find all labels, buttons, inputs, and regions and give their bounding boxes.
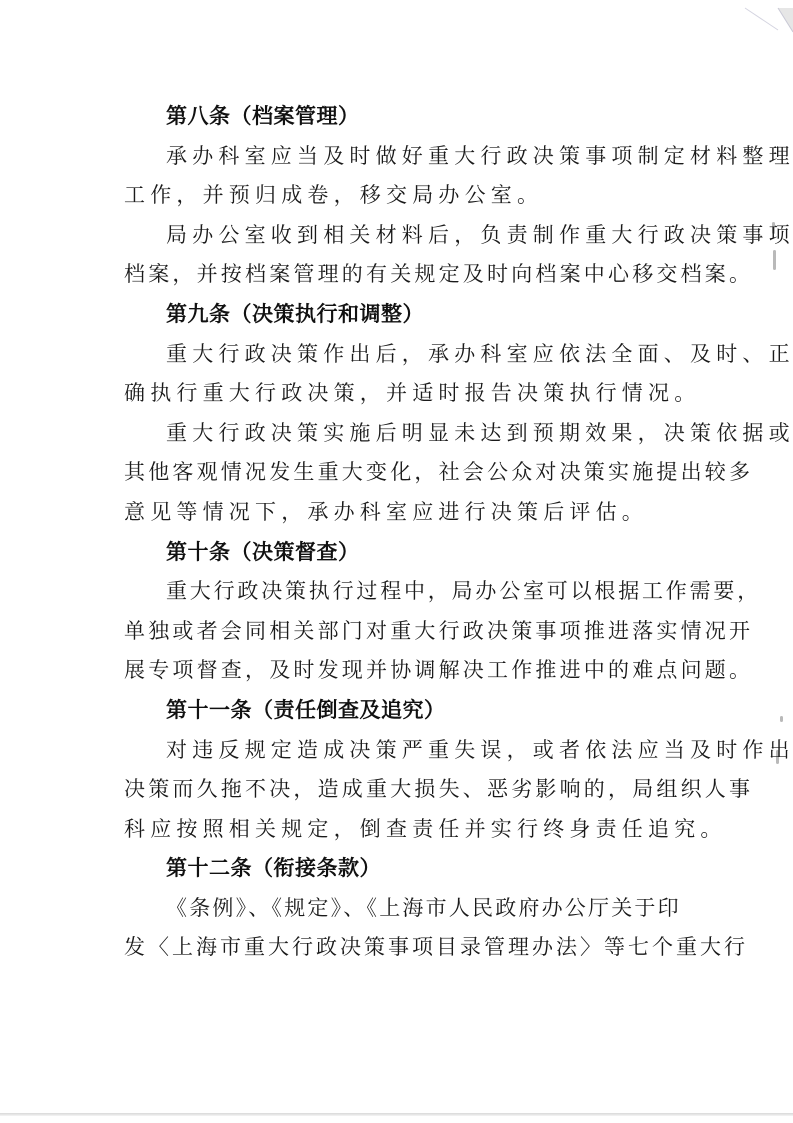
paragraph-line: 对违反规定造成决策严重失误，或者依法应当及时作出 — [124, 731, 684, 771]
paragraph-line: 承办科室应当及时做好重大行政决策事项制定材料整理 — [124, 137, 684, 177]
paragraph-line: 工作，并预归成卷，移交局办公室。 — [124, 176, 684, 216]
paragraph-line: 确执行重大行政决策，并适时报告决策执行情况。 — [124, 374, 684, 414]
article-9-heading: 第九条（决策执行和调整） — [124, 295, 684, 335]
paragraph-line: 科应按照相关规定，倒查责任并实行终身责任追究。 — [124, 810, 684, 850]
paragraph-line: 发〈上海市重大行政决策事项目录管理办法〉等七个重大行 — [124, 928, 684, 968]
article-11-heading: 第十一条（责任倒查及追究） — [124, 691, 684, 731]
page-bottom-edge — [0, 1113, 793, 1116]
document-body: 第八条（档案管理） 承办科室应当及时做好重大行政决策事项制定材料整理 工作，并预… — [124, 97, 684, 968]
paragraph-line: 单独或者会同相关部门对重大行政决策事项推进落实情况开 — [124, 612, 684, 652]
paragraph-line: 局办公室收到相关材料后，负责制作重大行政决策事项 — [124, 216, 684, 256]
page-corner-fold-icon — [733, 0, 793, 40]
paragraph-line: 重大行政决策实施后明显未达到预期效果，决策依据或 — [124, 414, 684, 454]
paragraph-line: 决策而久拖不决，造成重大损失、恶劣影响的，局组织人事 — [124, 770, 684, 810]
paragraph-line: 其他客观情况发生重大变化，社会公众对决策实施提出较多 — [124, 453, 684, 493]
scanned-document-page: 第八条（档案管理） 承办科室应当及时做好重大行政决策事项制定材料整理 工作，并预… — [0, 0, 793, 1123]
paragraph-line: 重大行政决策执行过程中，局办公室可以根据工作需要， — [124, 572, 684, 612]
paragraph-line: 意见等情况下，承办科室应进行决策后评估。 — [124, 493, 684, 533]
paragraph-line: 《条例》、《规定》、《上海市人民政府办公厅关于印 — [124, 889, 684, 929]
article-8-heading: 第八条（档案管理） — [124, 97, 684, 137]
paragraph-line: 展专项督查，及时发现并协调解决工作推进中的难点问题。 — [124, 651, 684, 691]
paragraph-line: 重大行政决策作出后，承办科室应依法全面、及时、正 — [124, 335, 684, 375]
article-12-heading: 第十二条（衔接条款） — [124, 849, 684, 889]
article-10-heading: 第十条（决策督查） — [124, 533, 684, 573]
scan-artifact-mark — [773, 250, 776, 270]
scan-artifact-mark — [780, 716, 783, 722]
paragraph-line: 档案，并按档案管理的有关规定及时向档案中心移交档案。 — [124, 255, 684, 295]
